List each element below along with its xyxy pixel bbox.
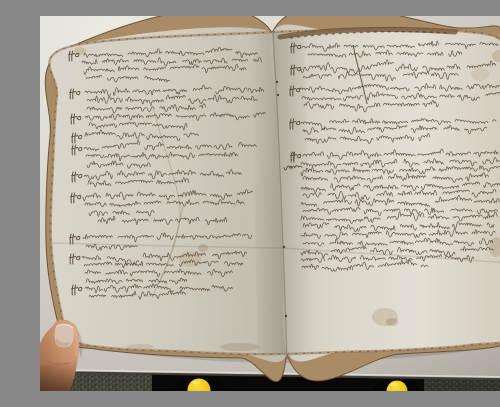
yellow-object-glint-0 xyxy=(192,381,200,385)
stain-5 xyxy=(471,67,489,81)
sewing-dot-2 xyxy=(283,246,285,248)
stain-7 xyxy=(220,343,260,351)
yellow-object-glint-1 xyxy=(390,383,398,387)
sewing-dot-3 xyxy=(285,315,287,317)
stain-3 xyxy=(386,318,398,326)
photo-old-manuscript xyxy=(40,16,500,391)
sewing-dot-1 xyxy=(277,94,279,96)
stain-8 xyxy=(126,344,154,350)
sewing-dot-0 xyxy=(276,81,278,83)
stain-1 xyxy=(198,244,208,252)
scene-graphic xyxy=(40,16,500,391)
